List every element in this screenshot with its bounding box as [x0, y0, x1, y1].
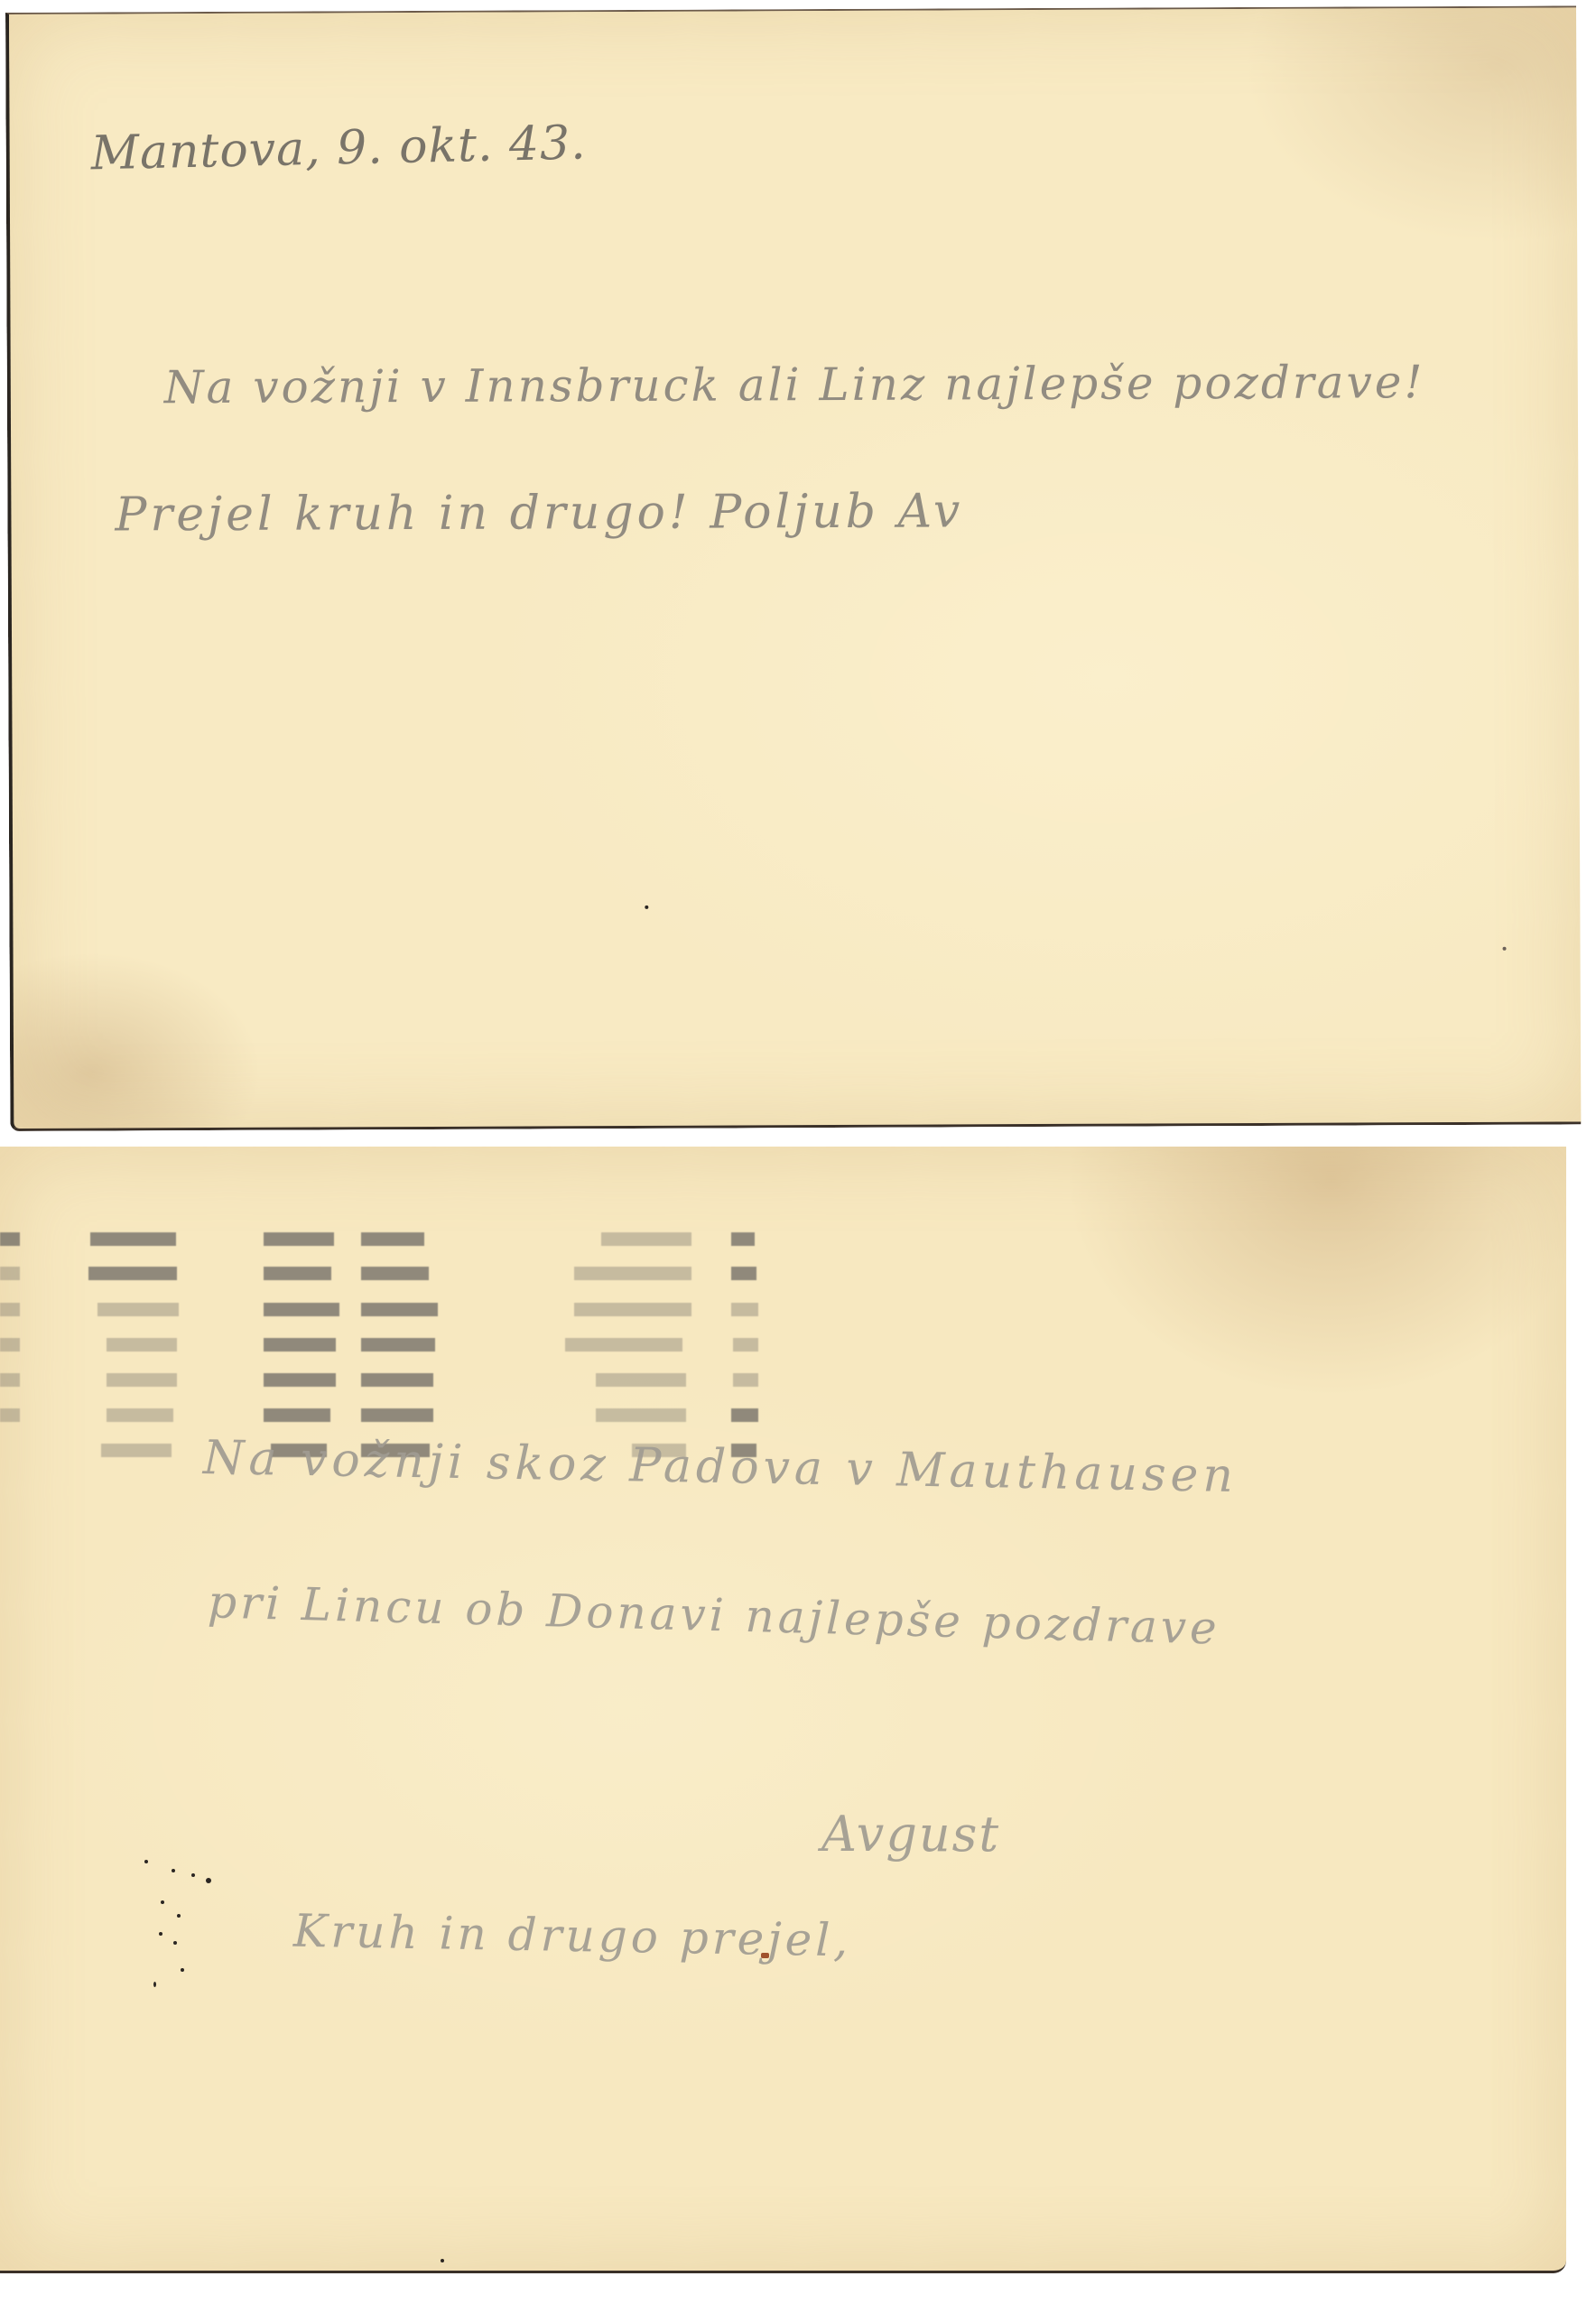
- message-line-2: Prejel kruh in drugo! Poljub Av: [115, 484, 963, 542]
- ink-speck: [172, 1869, 175, 1872]
- ink-speck: [161, 1900, 164, 1904]
- ink-speck: [191, 1873, 195, 1877]
- ink-speck: [153, 1982, 156, 1987]
- place-date: Mantova, 9. okt. 43.: [90, 116, 587, 181]
- rust-stain: [761, 1953, 769, 1958]
- paper-speck: [645, 906, 648, 909]
- message-line-1: Na vožnji v Innsbruck ali Linz najlepše …: [164, 356, 1425, 413]
- paper-speck: [1503, 947, 1507, 951]
- postcard-bottom: Na vožnji skoz Padova v Mauthausen pri L…: [0, 1147, 1566, 2273]
- ink-speck: [177, 1914, 181, 1918]
- signature: Avgust: [821, 1806, 1000, 1863]
- message-line-1: Na vožnji skoz Padova v Mauthausen: [203, 1431, 1239, 1503]
- ink-speck: [144, 1860, 148, 1863]
- ink-speck: [206, 1878, 211, 1883]
- message-line-2: pri Lincu ob Donavi najlepše pozdrave: [207, 1575, 1220, 1654]
- postcard-top: Mantova, 9. okt. 43. Na vožnji v Innsbru…: [5, 5, 1581, 1131]
- ink-speck: [159, 1932, 162, 1936]
- ink-speck: [181, 1968, 184, 1972]
- paper-speck: [441, 2259, 444, 2262]
- ink-speck: [173, 1941, 177, 1945]
